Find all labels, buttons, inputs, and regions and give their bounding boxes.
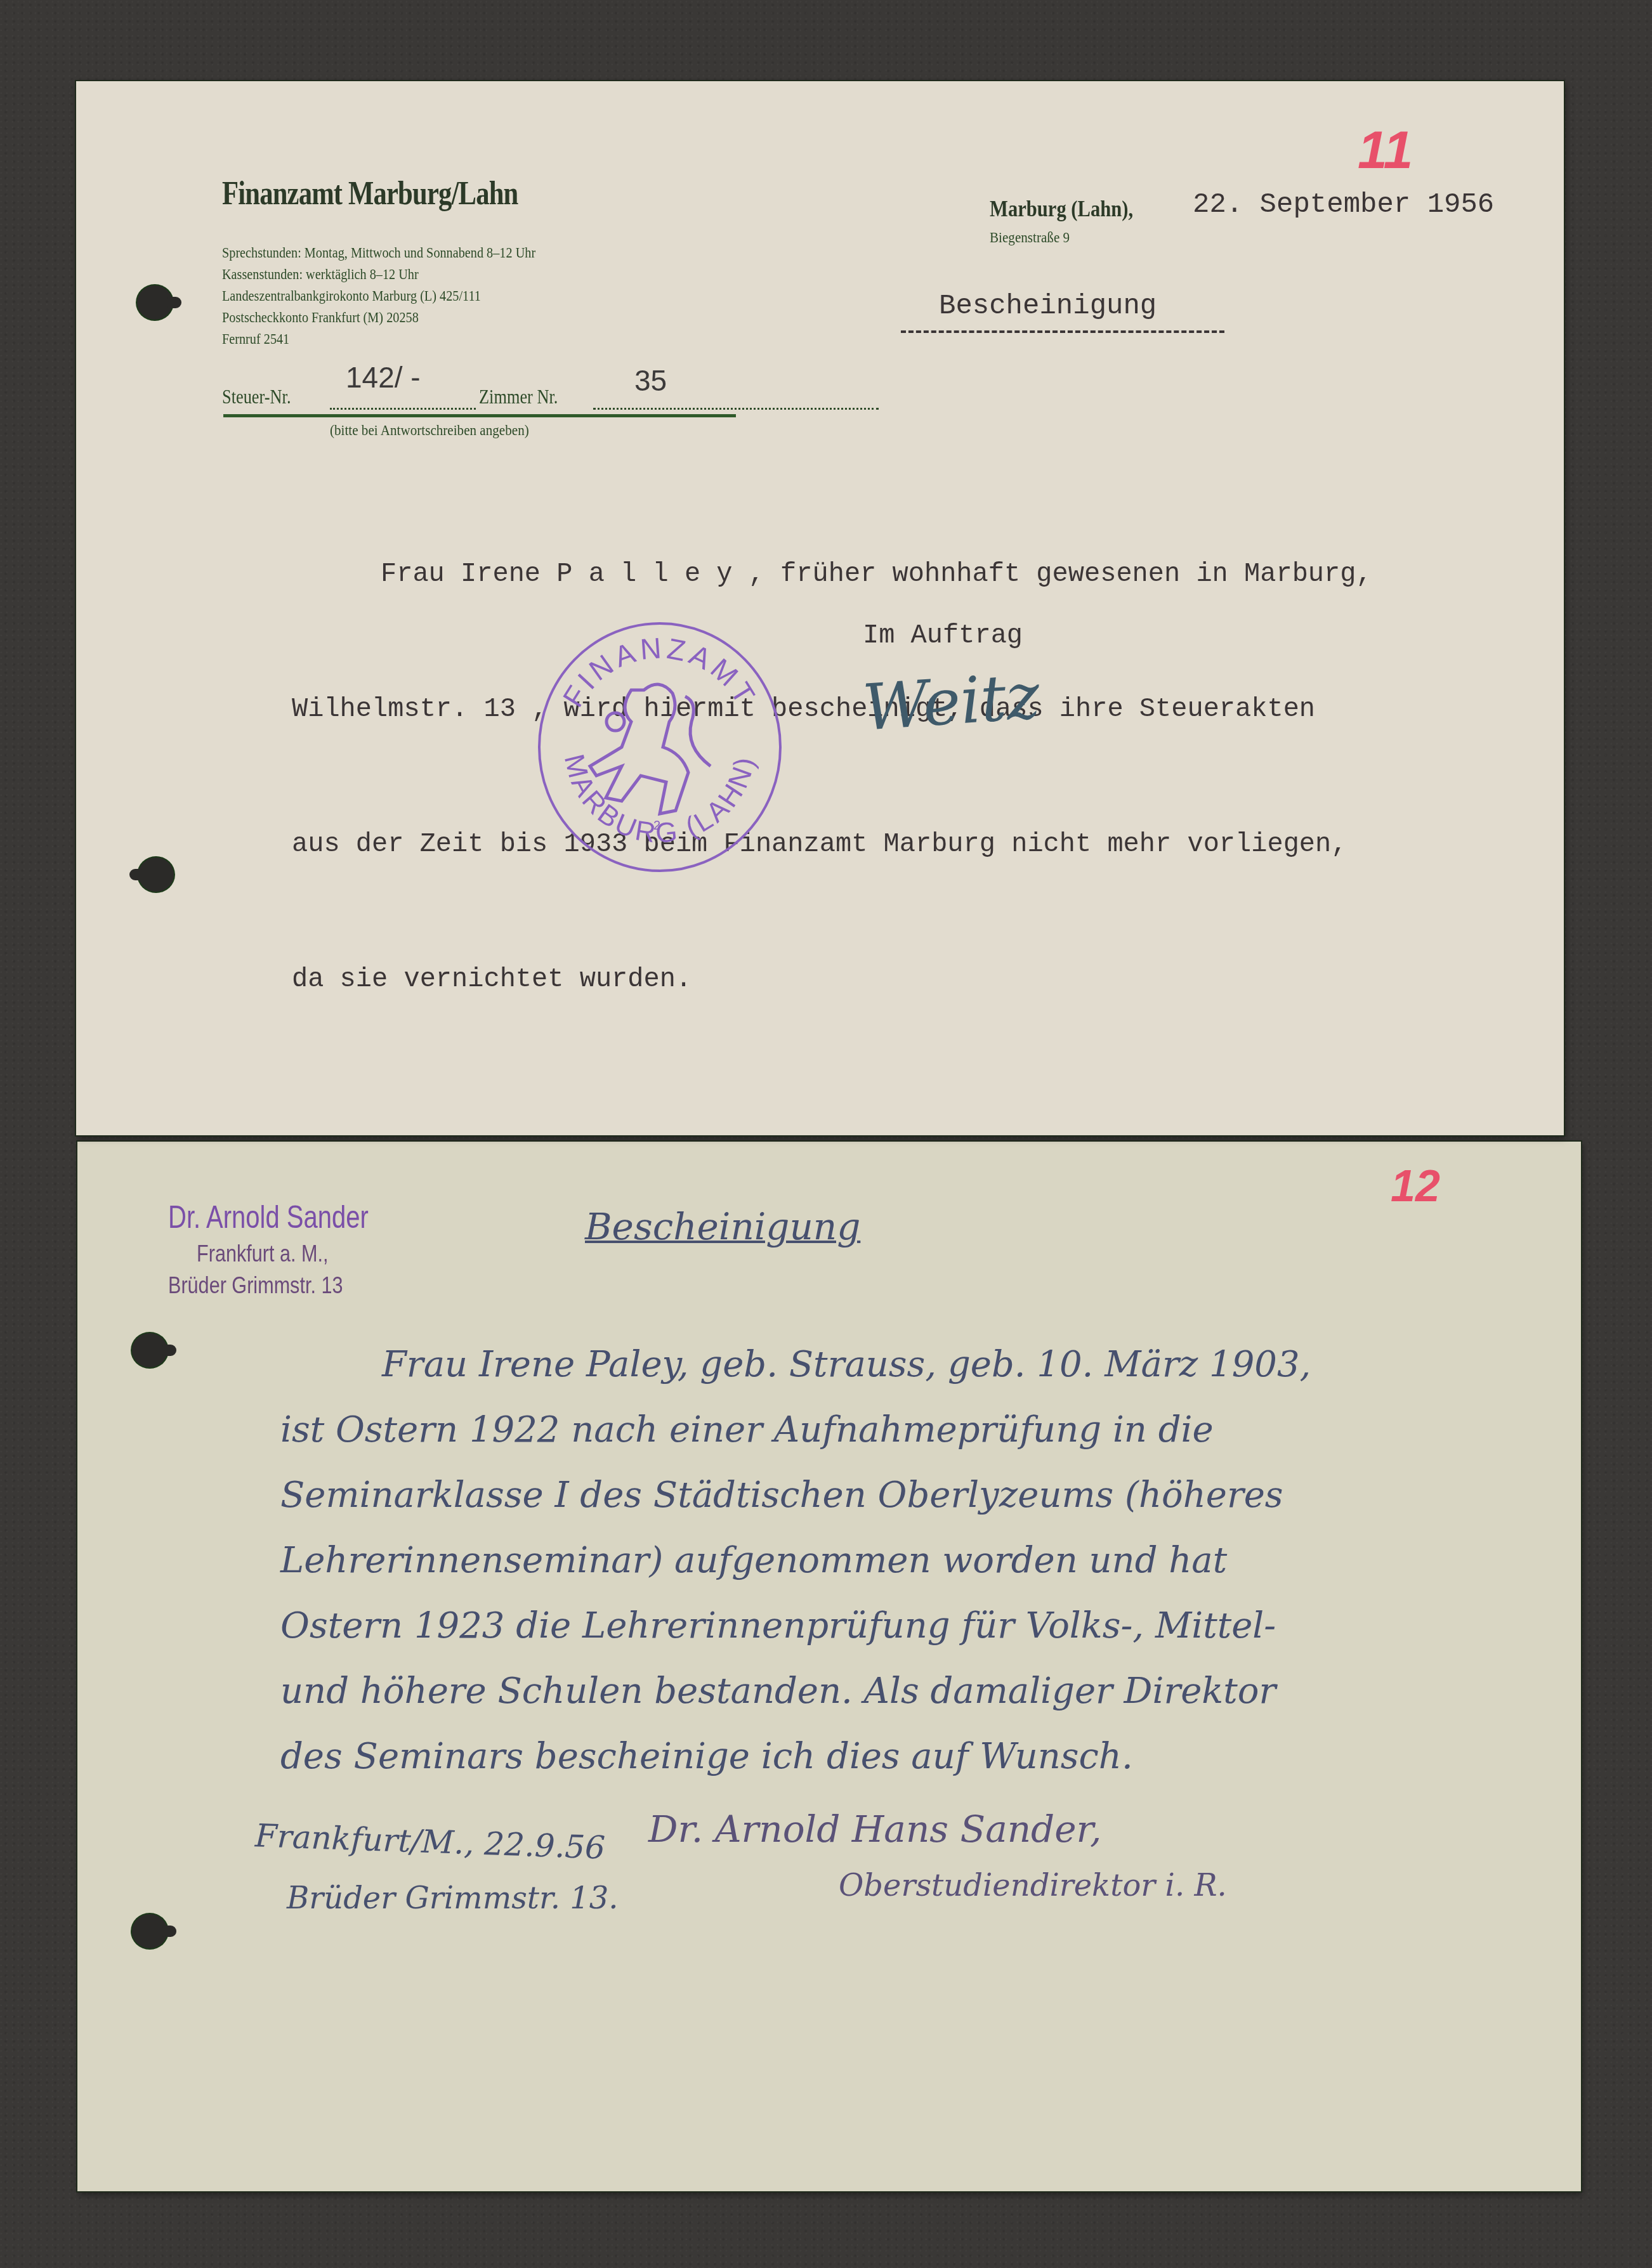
punch-hole <box>137 285 173 320</box>
office-info: Sprechstunden: Montag, Mittwoch und Sonn… <box>222 242 579 350</box>
body-line: des Seminars bescheinige ich dies auf Wu… <box>280 1724 1311 1789</box>
signature: Dr. Arnold Hans Sander, <box>648 1808 1101 1851</box>
reference-fields: Steuer-Nr. 142/ - Zimmer Nr. 35 <box>222 360 882 411</box>
certificate-body: Frau Irene P a l l e y , früher wohnhaft… <box>292 462 1372 1092</box>
heading-underline <box>901 330 1224 333</box>
signature: Weitz <box>860 658 1042 745</box>
tax-number-value: 142/ - <box>346 360 421 394</box>
reference-rule <box>223 414 736 417</box>
tax-number-label: Steuer-Nr. <box>222 386 291 408</box>
sender-city: Frankfurt a. M., <box>197 1241 385 1267</box>
svg-text:2: 2 <box>653 819 660 833</box>
body-line: Seminarklasse I des Städtischen Oberlyze… <box>280 1463 1311 1528</box>
certificate-heading: Bescheinigung <box>939 290 1157 322</box>
room-dots <box>593 408 879 410</box>
sender-stamp: Dr. Arnold Sander Frankfurt a. M., Brüde… <box>168 1199 419 1299</box>
place-date: Frankfurt/M., 22.9.56 <box>254 1817 606 1866</box>
archive-number: 12 <box>1391 1161 1440 1211</box>
reference-note: (bitte bei Antwortschreiben angeben) <box>330 420 529 441</box>
tax-office-certificate-sheet: Finanzamt Marburg/Lahn Sprechstunden: Mo… <box>76 81 1564 1135</box>
punch-hole <box>138 857 174 892</box>
body-line: Frau Irene P a l l e y , früher wohnhaft… <box>292 552 1372 597</box>
office-name: Finanzamt Marburg/Lahn <box>222 175 518 212</box>
date: 22. September 1956 <box>1193 189 1494 221</box>
address: Brüder Grimmstr. 13. <box>287 1880 619 1916</box>
info-line: Sprechstunden: Montag, Mittwoch und Sonn… <box>222 242 535 264</box>
info-line: Fernruf 2541 <box>222 329 535 350</box>
certificate-heading: Bescheinigung <box>585 1205 860 1248</box>
body-line: und höhere Schulen bestanden. Als damali… <box>280 1659 1311 1724</box>
body-line: aus der Zeit bis 1933 beim Finanzamt Mar… <box>292 822 1372 867</box>
sender-street: Brüder Grimmstr. 13 <box>168 1272 381 1299</box>
room-value: 35 <box>634 363 667 398</box>
place: Marburg (Lahn), <box>990 195 1133 222</box>
closing: Im Auftrag <box>863 620 1023 651</box>
room-label: Zimmer Nr. <box>479 386 558 408</box>
tax-number-dots <box>330 408 476 410</box>
punch-hole <box>132 1333 167 1367</box>
body-line: Lehrerinnenseminar) aufgenommen worden u… <box>280 1528 1311 1593</box>
body-line: da sie vernichtet wurden. <box>292 957 1372 1002</box>
info-line: Kassenstunden: werktäglich 8–12 Uhr <box>222 264 535 285</box>
signer-title: Oberstudiendirektor i. R. <box>839 1868 1227 1903</box>
svg-text:FINANZAMT: FINANZAMT <box>556 631 764 712</box>
official-seal: FINANZAMT MARBURG (LAHN) 2 <box>533 620 787 874</box>
street: Biegenstraße 9 <box>990 227 1070 249</box>
body-line: Wilhelmstr. 13 , wird hiermit bescheinig… <box>292 687 1372 732</box>
body-line: Frau Irene Paley, geb. Strauss, geb. 10.… <box>280 1332 1311 1397</box>
punch-hole <box>132 1914 167 1948</box>
sender-name: Dr. Arnold Sander <box>168 1199 369 1235</box>
certificate-body: Frau Irene Paley, geb. Strauss, geb. 10.… <box>280 1332 1311 1789</box>
body-line: ist Ostern 1922 nach einer Aufnahmeprüfu… <box>280 1397 1311 1463</box>
info-line: Postscheckkonto Frankfurt (M) 20258 <box>222 307 535 329</box>
archive-number: 11 <box>1358 119 1413 181</box>
seal-icon: FINANZAMT MARBURG (LAHN) 2 <box>533 620 787 874</box>
body-line: Ostern 1923 die Lehrerinnenprüfung für V… <box>280 1593 1311 1659</box>
info-line: Landeszentralbankgirokonto Marburg (L) 4… <box>222 285 535 307</box>
school-certificate-sheet: Dr. Arnold Sander Frankfurt a. M., Brüde… <box>77 1142 1581 2191</box>
